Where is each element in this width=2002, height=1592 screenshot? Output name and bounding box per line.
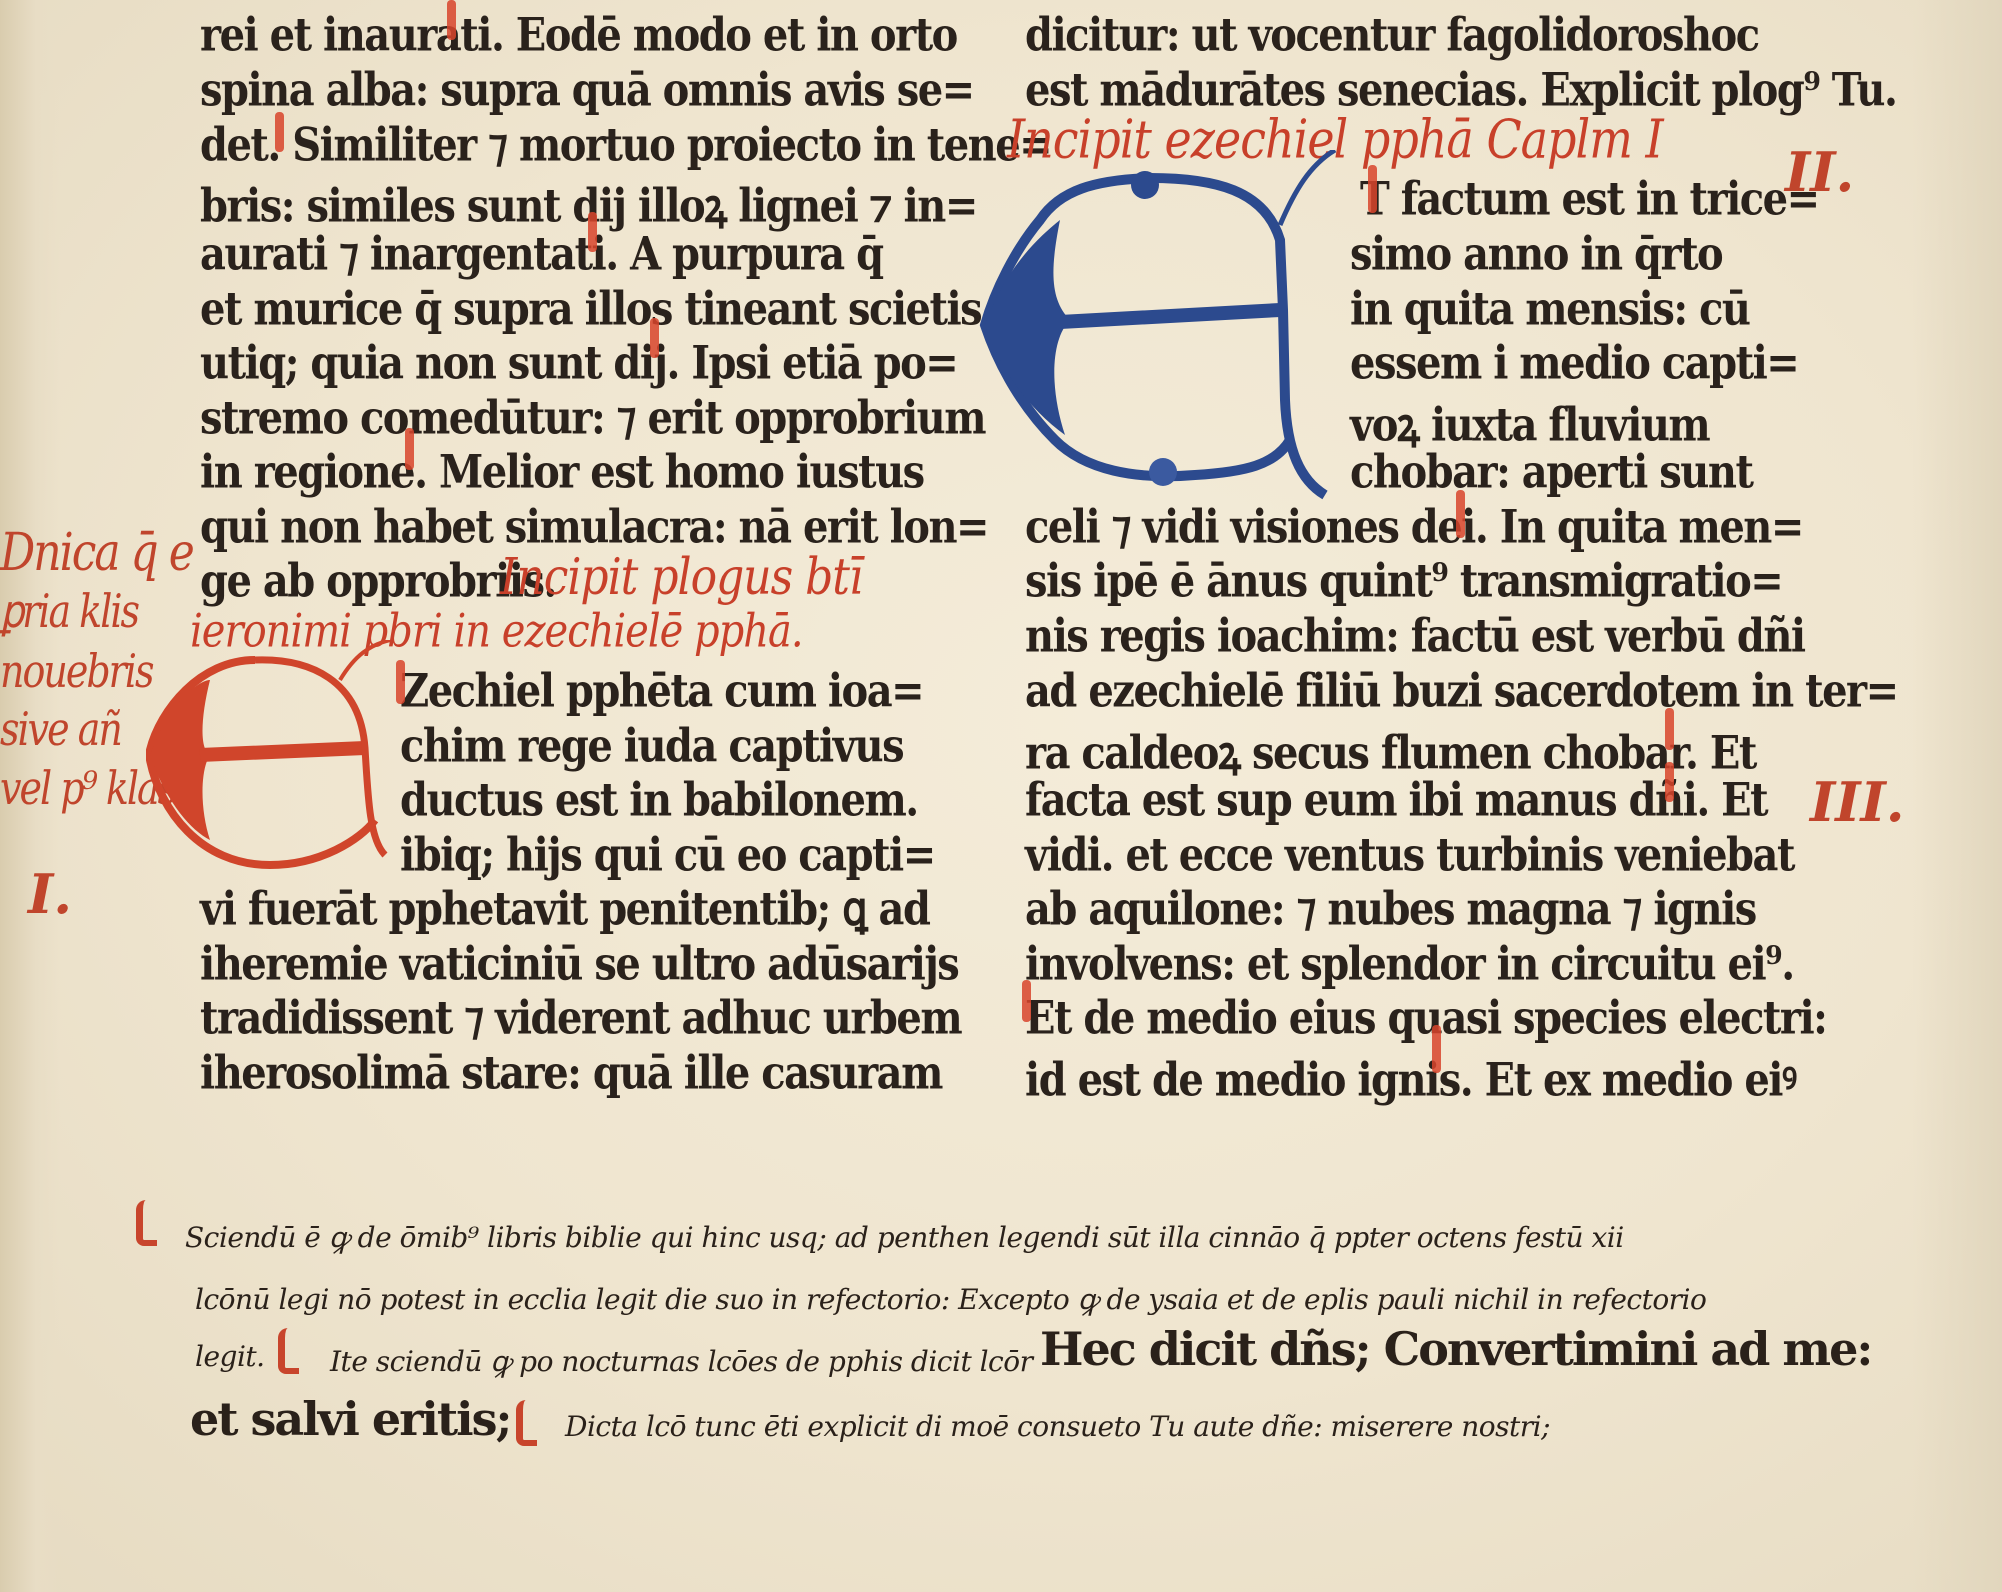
paraph-mark-icon bbox=[278, 1328, 299, 1374]
margin-note-line: nouebris bbox=[0, 645, 152, 698]
rubrication-mark bbox=[396, 660, 405, 704]
text-line: et murice q̄ supra illos tineant scietis bbox=[200, 282, 981, 336]
text-line: qui non habet simulacra: nā erit lon= bbox=[200, 500, 988, 554]
rubrication-mark bbox=[1665, 762, 1674, 802]
footnote-line: lcōnū legi nō potest in ecclia legit die… bbox=[195, 1280, 1706, 1318]
margin-note-line: Dnica q̄ e bbox=[0, 522, 193, 583]
text-line: in quita mensis: cū bbox=[1350, 282, 1750, 336]
footnote-large-heading: et salvi eritis; bbox=[190, 1392, 511, 1446]
text-line: simo anno in q̄rto bbox=[1350, 227, 1722, 281]
rubric-heading: Incipit plogus btī bbox=[500, 548, 862, 607]
rubrication-mark bbox=[275, 112, 284, 152]
paraph-mark-icon bbox=[136, 1200, 157, 1246]
text-line: essem i medio capti= bbox=[1350, 336, 1798, 390]
rubrication-mark bbox=[405, 428, 414, 470]
text-line: ibiq; hijs qui cū eo capti= bbox=[400, 828, 935, 882]
footnote-large-text: Hec dicit dñs; Convertimini ad me: bbox=[1040, 1322, 1871, 1376]
chapter-numeral: III. bbox=[1810, 770, 1905, 834]
text-line: facta est sup eum ibi manus dñi. Et bbox=[1025, 773, 1767, 827]
rubrication-mark bbox=[1368, 165, 1377, 213]
paraph-mark-icon bbox=[516, 1400, 537, 1446]
text-line: in regione. Melior est homo iustus bbox=[200, 445, 924, 499]
footnote-line: Sciendū ē ꝙ de ōmib⁹ libris biblie qui h… bbox=[185, 1218, 1624, 1256]
rubrication-mark bbox=[588, 212, 597, 252]
text-line: dicitur: ut vocentur fagolidoroshoc bbox=[1025, 8, 1759, 62]
page-edge-shadow bbox=[1912, 0, 2002, 1592]
text-line: ductus est in babilonem. bbox=[400, 773, 918, 827]
margin-note-line: sive añ bbox=[0, 703, 121, 756]
text-line: ab aquilone: ⁊ nubes magna ⁊ ignis bbox=[1025, 882, 1756, 936]
text-line: iheremie vaticiniū se ultro adūsarijs bbox=[200, 937, 958, 991]
text-line: Zechiel pphēta cum ioa= bbox=[400, 664, 923, 718]
text-line: iherosolimā stare: quā ille casuram bbox=[200, 1046, 942, 1100]
text-line: id est de medio ignis. Et ex medio eiꝰ bbox=[1025, 1046, 1796, 1109]
text-line: sis ipē ē ānus quint⁹ transmigratio= bbox=[1025, 554, 1782, 608]
text-line: involvens: et splendor in circuitu ei⁹. bbox=[1025, 937, 1794, 991]
text-line: chim rege iuda captivus bbox=[400, 719, 903, 773]
footnote-large-text: et salvi eritis; bbox=[190, 1392, 511, 1446]
footnote-line: legit. bbox=[195, 1340, 265, 1373]
text-line: chobar: aperti sunt bbox=[1350, 445, 1752, 499]
text-line: stremo comedūtur: ⁊ erit opprobrium bbox=[200, 391, 985, 445]
text-line: rei et inaurati. Eodē modo et in orto bbox=[200, 8, 957, 62]
text-line: ad ezechielē filiū buzi sacerdotem in te… bbox=[1025, 664, 1898, 718]
rubrication-mark bbox=[1432, 1025, 1441, 1073]
text-line: Et de medio eius quasi species electri: bbox=[1025, 991, 1826, 1045]
rubrication-mark bbox=[1456, 490, 1465, 538]
rubrication-mark bbox=[447, 0, 456, 40]
red-initial-e-icon bbox=[140, 640, 400, 894]
text-line: vidi. et ecce ventus turbinis veniebat bbox=[1025, 828, 1794, 882]
footnote-line: Ite sciendū ꝙ po nocturnas lcōes de pphi… bbox=[330, 1342, 1032, 1380]
rubrication-mark bbox=[650, 318, 659, 358]
text-line: aurati ⁊ inargentati. A purpura q̄ bbox=[200, 227, 883, 281]
text-line: tradidissent ⁊ viderent adhuc urbem bbox=[200, 991, 961, 1045]
chapter-numeral: II. bbox=[1785, 140, 1854, 204]
text-line: utiq; quia non sunt dij. Ipsi etiā po= bbox=[200, 336, 957, 390]
blue-initial-e-icon bbox=[965, 150, 1365, 514]
text-line: nis regis ioachim: factū est verbū dñi bbox=[1025, 609, 1805, 663]
footnote-line: Dicta lcō tunc ēti explicit di moē consu… bbox=[565, 1410, 1550, 1443]
margin-numeral: I. bbox=[28, 862, 72, 926]
text-line: det. Similiter ⁊ mortuo proiecto in tene… bbox=[200, 118, 1051, 172]
margin-note-line: ꝑria klis bbox=[0, 585, 138, 638]
footnote-large-heading: Hec dicit dñs; Convertimini ad me: bbox=[1040, 1322, 1871, 1376]
text-line: spina alba: supra quā omnis avis se= bbox=[200, 63, 974, 117]
rubrication-mark bbox=[1022, 980, 1031, 1022]
rubrication-mark bbox=[1665, 708, 1674, 750]
text-line: T factum est in trice= bbox=[1360, 172, 1819, 226]
